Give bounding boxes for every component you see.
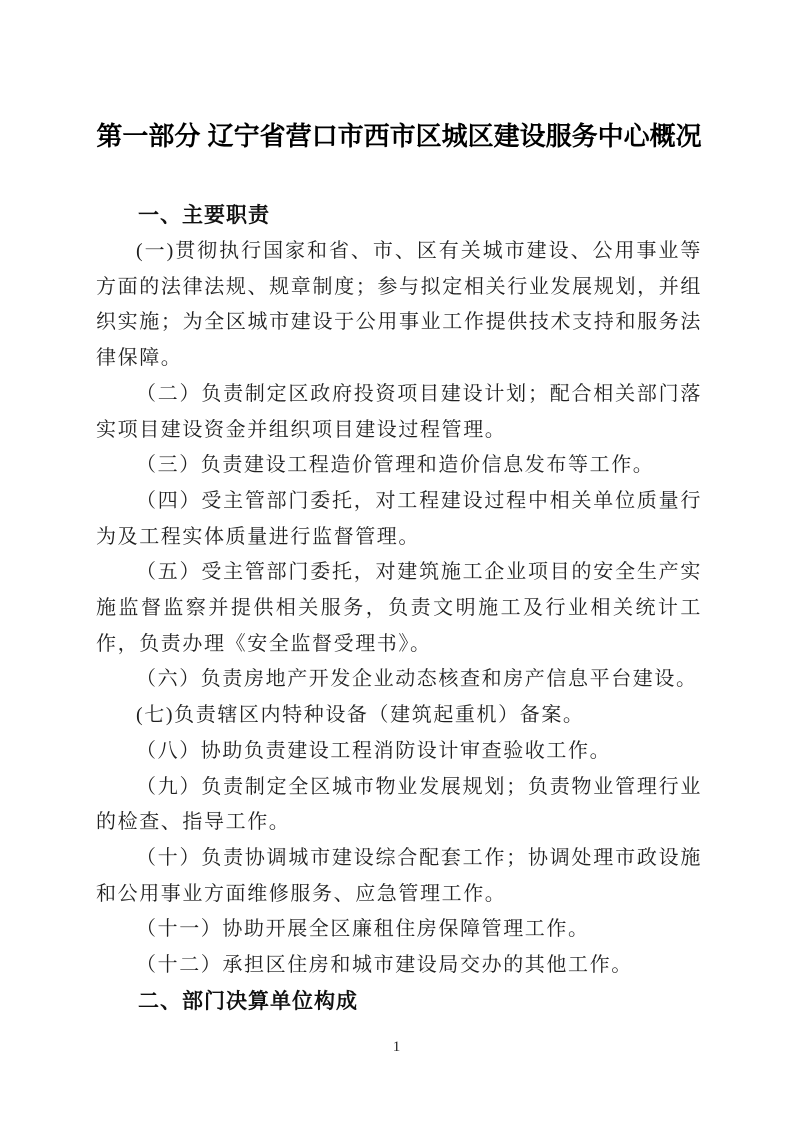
duty-paragraph-12: （十二）承担区住房和城市建设局交办的其他工作。 bbox=[96, 948, 702, 984]
section-heading-unit-composition: 二、部门决算单位构成 bbox=[96, 984, 702, 1020]
page-footer: 1 bbox=[0, 1036, 793, 1058]
document-page: 第一部分 辽宁省营口市西市区城区建设服务中心概况 一、主要职责 (一)贯彻执行国… bbox=[0, 0, 793, 1122]
duty-paragraph-11: （十一）协助开展全区廉租住房保障管理工作。 bbox=[96, 912, 702, 948]
duty-paragraph-3: （三）负责建设工程造价管理和造价信息发布等工作。 bbox=[96, 448, 702, 484]
duty-paragraph-8: （八）协助负责建设工程消防设计审查验收工作。 bbox=[96, 734, 702, 770]
duty-paragraph-1: (一)贯彻执行国家和省、市、区有关城市建设、公用事业等方面的法律法规、规章制度；… bbox=[96, 234, 702, 377]
document-content: 第一部分 辽宁省营口市西市区城区建设服务中心概况 一、主要职责 (一)贯彻执行国… bbox=[96, 116, 702, 1020]
duty-paragraph-9: （九）负责制定全区城市物业发展规划；负责物业管理行业的检查、指导工作。 bbox=[96, 770, 702, 841]
document-title: 第一部分 辽宁省营口市西市区城区建设服务中心概况 bbox=[96, 116, 702, 156]
duty-paragraph-2: （二）负责制定区政府投资项目建设计划；配合相关部门落实项目建设资金并组织项目建设… bbox=[96, 377, 702, 448]
page-number: 1 bbox=[393, 1039, 401, 1055]
duty-paragraph-4: （四）受主管部门委托，对工程建设过程中相关单位质量行为及工程实体质量进行监督管理… bbox=[96, 484, 702, 555]
duty-paragraph-6: （六）负责房地产开发企业动态核查和房产信息平台建设。 bbox=[96, 662, 702, 698]
duty-paragraph-10: （十）负责协调城市建设综合配套工作；协调处理市政设施和公用事业方面维修服务、应急… bbox=[96, 841, 702, 912]
duty-paragraph-5: （五）受主管部门委托，对建筑施工企业项目的安全生产实施监督监察并提供相关服务，负… bbox=[96, 555, 702, 662]
section-heading-main-duties: 一、主要职责 bbox=[96, 198, 702, 234]
duty-paragraph-7: (七)负责辖区内特种设备（建筑起重机）备案。 bbox=[96, 698, 702, 734]
